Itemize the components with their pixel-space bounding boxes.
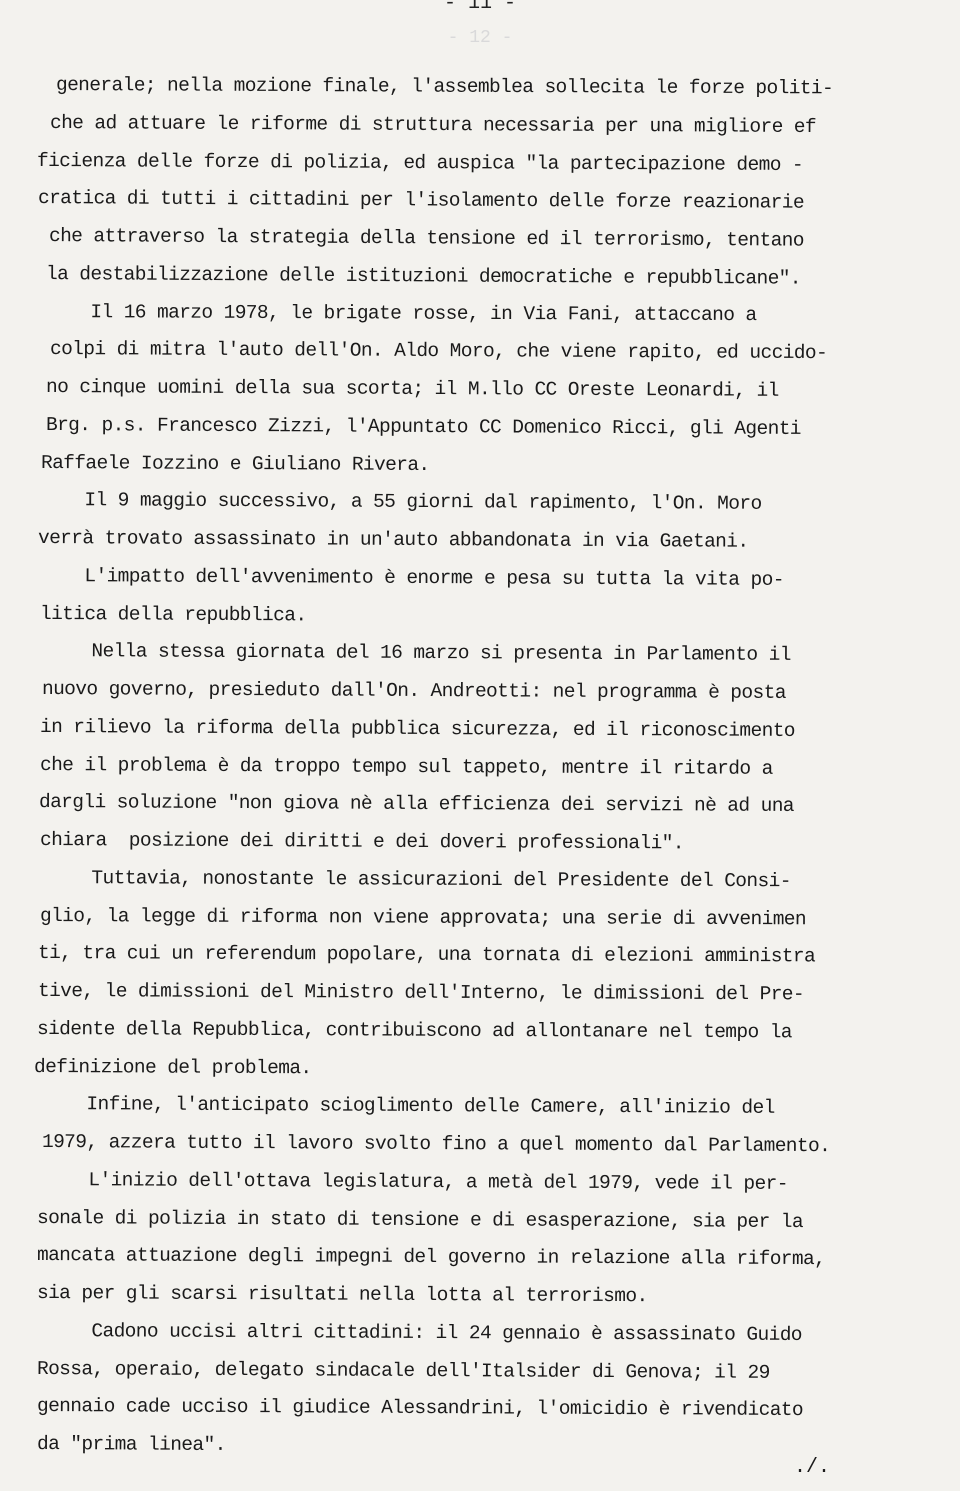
text-line: Infine, l'anticipato scioglimento delle … (42, 1093, 775, 1119)
text-line: Brg. p.s. Francesco Zizzi, l'Appuntato C… (46, 414, 801, 440)
text-line: Cadono uccisi altri cittadini: il 24 gen… (47, 1320, 802, 1346)
text-line: da "prima linea". (37, 1433, 226, 1456)
text-line: gennaio cade ucciso il giudice Alessandr… (37, 1395, 803, 1421)
bleed-through-page-number: - 12 - (0, 28, 960, 48)
text-line: chiara posizione dei diritti e dei dover… (40, 829, 684, 854)
page-number: - 11 - (0, 0, 960, 15)
continuation-mark: ./. (794, 1456, 830, 1479)
text-line: 1979, azzera tutto il lavoro svolto fino… (42, 1131, 830, 1157)
text-line: litica della repubblica. (40, 603, 307, 626)
text-line: L'inizio dell'ottava legislatura, a metà… (44, 1169, 788, 1195)
text-line: dargli soluzione "non giova nè alla effi… (39, 791, 794, 817)
text-line: tive, le dimissioni del Ministro dell'In… (38, 980, 804, 1005)
text-line: verrà trovato assassinato in un'auto abb… (38, 527, 749, 553)
text-line: Rossa, operaio, delegato sindacale dell'… (37, 1358, 770, 1384)
text-line: sidente della Repubblica, contribuiscono… (37, 1018, 792, 1043)
text-line: nuovo governo, presieduto dall'On. Andre… (42, 678, 786, 704)
text-line: sia per gli scarsi risultati nella lotta… (37, 1282, 648, 1307)
text-line: mancata attuazione degli impegni del gov… (37, 1244, 825, 1270)
text-line: Raffaele Iozzino e Giuliano Rivera. (41, 452, 430, 476)
text-line: che il problema è da troppo tempo sul ta… (40, 754, 773, 780)
text-line: ti, tra cui un referendum popolare, una … (38, 942, 815, 967)
text-line: L'impatto dell'avvenimento è enorme e pe… (40, 565, 784, 591)
text-line: ficienza delle forze di polizia, ed ausp… (37, 150, 803, 176)
text-line: in rilievo la riforma della pubblica sic… (40, 716, 795, 742)
text-line: cratica di tutti i cittadini per l'isola… (38, 187, 804, 214)
text-line: definizione del problema. (34, 1056, 312, 1079)
text-line: glio, la legge di riforma non viene appr… (40, 905, 806, 930)
text-line: Il 16 marzo 1978, le brigate rosse, in V… (46, 301, 757, 326)
text-line: Tuttavia, nonostante le assicurazioni de… (47, 867, 791, 892)
text-line: la destabilizzazione delle istituzioni d… (46, 263, 801, 290)
text-line: che ad attuare le riforme di struttura n… (50, 112, 816, 138)
text-line: generale; nella mozione finale, l'assemb… (56, 74, 833, 99)
text-line: no cinque uomini della sua scorta; il M.… (46, 376, 779, 402)
text-line: Nella stessa giornata del 16 marzo si pr… (47, 640, 791, 666)
text-line: Il 9 maggio successivo, a 55 giorni dal … (40, 489, 762, 515)
text-line: che attraverso la strategia della tensio… (49, 225, 804, 252)
text-line: colpi di mitra l'auto dell'On. Aldo Moro… (50, 338, 827, 364)
text-line: sonale di polizia in stato di tensione e… (37, 1207, 803, 1233)
